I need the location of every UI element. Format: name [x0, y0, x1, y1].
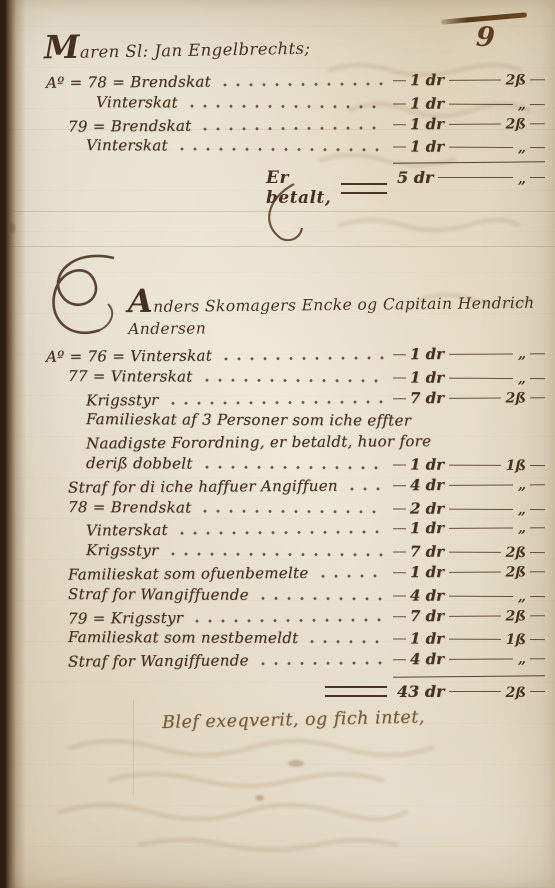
dotted-leader	[180, 530, 385, 536]
binding-edge	[0, 0, 26, 888]
amount-dash	[393, 377, 406, 378]
amount-dash	[393, 123, 406, 124]
amount-dash	[393, 103, 406, 104]
amount-dash	[530, 122, 545, 123]
amount-dash	[530, 595, 545, 596]
amount-dash	[530, 79, 545, 80]
amount-dash	[393, 551, 406, 552]
amount-dash	[393, 615, 406, 616]
amount-dash	[393, 528, 406, 529]
amount-dash	[530, 484, 545, 485]
amount-dash	[530, 465, 545, 466]
amount-skilling: „	[518, 521, 526, 537]
account-section-2: Anders Skomagers Encke og Capitain Hendr…	[40, 248, 545, 729]
amount-skilling: 1ß	[506, 458, 526, 474]
ledger-row: 77 = Vinterskat1 dr„	[40, 367, 545, 391]
amount-daler: 2 dr	[410, 499, 444, 517]
amount-dash	[449, 377, 513, 378]
entry-label: Familieskat som ofuenbemelte	[68, 564, 309, 584]
amount-daler: 4 dr	[410, 476, 444, 494]
amount-skilling: 2ß	[506, 116, 527, 132]
amount-dash	[393, 595, 406, 596]
section2-total-row: 43 dr 2ß	[40, 682, 545, 701]
amount-dash	[449, 103, 513, 104]
amount-dash	[393, 484, 406, 485]
ledger-row: Aº = 76 = Vinterskat1 dr„	[40, 344, 545, 369]
amount-dash	[449, 639, 501, 640]
dotted-leader	[190, 104, 385, 110]
amount: 1 dr2ß	[393, 114, 545, 133]
amount-daler: 7 dr	[410, 607, 444, 625]
amount-daler: 1 dr	[410, 519, 444, 537]
amount-dash	[530, 527, 545, 528]
amount-daler: 1 dr	[410, 563, 444, 581]
dotted-leader	[261, 596, 385, 602]
ledger-row: deriß dobbelt1 dr1ß	[40, 454, 545, 478]
amount: 4 dr„	[393, 649, 545, 668]
dotted-leader	[223, 82, 385, 88]
ledger-row: Vinterskat1 dr„	[40, 93, 545, 117]
ledger-row: Vinterskat1 dr„	[40, 136, 545, 160]
amount: 2 dr„	[393, 499, 545, 518]
amount: 4 dr„	[393, 475, 545, 494]
amount-dash	[530, 508, 545, 509]
amount-daler: 1 dr	[410, 138, 444, 156]
amount-daler: 1 dr	[410, 94, 444, 112]
ledger-row: Familieskat af 3 Personer som iche effte…	[40, 410, 545, 434]
amount-skilling: 1ß	[506, 632, 526, 648]
amount-dash	[393, 80, 406, 81]
amount: 1 dr2ß	[393, 70, 545, 89]
dotted-leader	[321, 574, 385, 579]
amount: 7 dr2ß	[393, 388, 545, 407]
amount-dash	[530, 614, 545, 615]
amount-dash	[530, 147, 545, 148]
amount: 1 dr1ß	[393, 455, 545, 474]
stain	[288, 760, 304, 767]
entry-label: 79 = Brendskat	[68, 116, 192, 135]
amount-dash	[530, 658, 545, 659]
entry-label: 77 = Vinterskat	[68, 367, 193, 386]
amount-daler: 1 dr	[410, 630, 444, 648]
section1-total-amount: 5 dr „	[393, 168, 545, 187]
dotted-leader	[171, 399, 385, 405]
amount-dash	[530, 377, 545, 378]
amount: 1 dr„	[393, 344, 545, 363]
amount-daler: 1 dr	[410, 345, 444, 363]
section1-entries: Aº = 78 = Brendskat1 dr2ßVinterskat1 dr„…	[40, 72, 545, 159]
amount-skilling: „	[518, 97, 526, 113]
amount-dash	[530, 691, 545, 692]
amount-skilling: 2ß	[506, 72, 527, 88]
amount-dash	[449, 658, 513, 659]
amount-dash	[449, 595, 513, 596]
amount-dash	[393, 354, 406, 355]
dotted-leader	[224, 356, 385, 362]
ledger-row: Familieskat som ofuenbemelte1 dr2ß	[40, 562, 545, 587]
dotted-leader	[205, 378, 385, 384]
amount: 1 dr„	[393, 519, 545, 538]
amount: 4 dr„	[393, 586, 545, 605]
amount-dash	[530, 103, 545, 104]
amount-dash	[393, 508, 406, 509]
entry-label: Straf for Wangiffuende	[68, 585, 249, 604]
amount-skilling: „	[518, 652, 526, 668]
amount-skilling: 2ß	[506, 608, 527, 624]
amount-daler: 4 dr	[410, 650, 444, 668]
entry-label: Aº = 76 = Vinterskat	[46, 347, 212, 366]
manuscript-page: 9 Maren Sl: Jan Engelbrechts; Aº = 78 = …	[0, 0, 555, 888]
pen-flourish	[258, 182, 308, 244]
section2-header: Anders Skomagers Encke og Capitain Hendr…	[128, 278, 546, 338]
amount-dash	[449, 397, 501, 398]
amount-daler: 1 dr	[410, 368, 444, 386]
amount-dash	[393, 464, 406, 465]
amount-daler: 4 dr	[410, 586, 444, 604]
amount-dash	[449, 691, 500, 692]
amount-dash	[393, 572, 406, 573]
amount-dash	[449, 571, 501, 572]
entry-label: Naadigste Forordning, er betaldt, huor f…	[86, 432, 431, 452]
amount: 1 dr„	[393, 368, 545, 387]
ledger-row: Straf for di iche haffuer Angiffuen4 dr„	[40, 475, 545, 500]
entry-label: Familieskat af 3 Personer som iche effte…	[86, 410, 411, 429]
stain	[255, 795, 264, 801]
amount: 1 dr1ß	[393, 630, 545, 649]
total-daler: 5 dr	[397, 168, 433, 187]
amount-dash	[449, 464, 501, 465]
dotted-leader	[203, 125, 385, 131]
ledger-row: Straf for Wangiffuende4 dr„	[40, 585, 545, 609]
amount-dash	[530, 177, 545, 178]
amount-dash	[530, 552, 545, 553]
dotted-leader	[195, 617, 385, 623]
dotted-leader	[203, 509, 385, 515]
amount-skilling: 2ß	[506, 564, 527, 580]
total-daler: 43 dr	[397, 682, 444, 701]
dotted-leader	[350, 487, 385, 492]
amount: 1 dr2ß	[393, 562, 545, 581]
sum-rule	[393, 675, 545, 678]
amount-dash	[530, 639, 545, 640]
double-rule	[325, 686, 387, 697]
ledger-row: Familieskat som nestbemeldt1 dr1ß	[40, 628, 545, 652]
amount-daler: 1 dr	[410, 115, 444, 133]
amount-skilling: „	[518, 140, 526, 156]
entry-label: Vinterskat	[86, 136, 168, 154]
amount-daler: 1 dr	[410, 71, 444, 89]
entry-label: Aº = 78 = Brendskat	[46, 73, 211, 92]
ledger-row: Straf for Wangiffuende4 dr„	[40, 649, 545, 674]
amount-daler: 7 dr	[410, 543, 444, 561]
dotted-leader	[205, 465, 385, 471]
entry-label: Straf for Wangiffuende	[68, 651, 249, 670]
entry-label: 79 = Krigsstyr	[68, 608, 183, 627]
execution-note: Blef exeqverit, og fich intet,	[162, 705, 545, 733]
amount-dash	[449, 615, 501, 616]
ledger-row: Naadigste Forordning, er betaldt, huor f…	[40, 431, 545, 456]
amount-daler: 1 dr	[410, 455, 444, 473]
amount-skilling: 2ß	[506, 390, 527, 406]
amount-dash	[449, 147, 513, 148]
amount-dash	[393, 659, 406, 660]
amount-dash	[449, 123, 501, 124]
amount-dash	[530, 396, 545, 397]
amount-skilling: „	[518, 502, 526, 518]
amount-skilling: „	[518, 346, 526, 362]
amount: 7 dr2ß	[393, 543, 545, 562]
amount-dash	[449, 508, 513, 509]
amount: 1 dr„	[393, 94, 545, 113]
entry-label: Krigsstyr	[86, 391, 159, 410]
entry-label: Vinterskat	[86, 521, 168, 540]
amount-dash	[393, 397, 406, 398]
amount-skilling: 2ß	[506, 545, 526, 561]
amount-skilling: „	[518, 477, 526, 493]
amount-dash	[449, 353, 513, 354]
amount-skilling: „	[518, 371, 526, 387]
sum-rule	[393, 161, 545, 164]
dotted-leader	[310, 640, 385, 645]
dotted-leader	[261, 661, 385, 667]
section2-total-amount: 43 dr 2ß	[393, 682, 545, 701]
amount-dash	[449, 79, 501, 80]
amount-dash	[449, 527, 513, 528]
amount-dash	[530, 353, 545, 354]
amount-dash	[393, 638, 406, 639]
entry-label: deriß dobbelt	[86, 454, 193, 472]
amount-dash	[393, 146, 406, 147]
amount-dash	[530, 571, 545, 572]
section1-header: Maren Sl: Jan Engelbrechts;	[44, 20, 546, 67]
ledger-row: Krigsstyr7 dr2ß	[40, 541, 545, 565]
amount-dash	[449, 551, 501, 552]
dotted-leader	[171, 552, 385, 558]
amount-dash	[438, 177, 513, 178]
dotted-leader	[180, 147, 385, 153]
section1-total-row: Er betalt, 5 dr „	[40, 168, 545, 208]
ledger-row: Aº = 78 = Brendskat1 dr2ß	[40, 70, 545, 95]
entry-label: Familieskat som nestbemeldt	[68, 628, 299, 647]
ruled-line	[0, 246, 555, 247]
entry-label: Krigsstyr	[86, 541, 159, 559]
total-skilling: 2ß	[506, 685, 526, 701]
double-rule	[341, 183, 387, 194]
amount-dash	[449, 484, 513, 485]
amount-daler: 7 dr	[410, 389, 444, 407]
section2-entries: Aº = 76 = Vinterskat1 dr„77 = Vinterskat…	[40, 346, 545, 673]
total-skilling: „	[518, 171, 526, 187]
amount: 7 dr2ß	[393, 606, 545, 625]
entry-label: 78 = Brendskat	[68, 498, 192, 517]
ledger-row: Vinterskat1 dr„	[40, 519, 545, 544]
amount: 1 dr„	[393, 138, 545, 157]
account-section-1: Maren Sl: Jan Engelbrechts; Aº = 78 = Br…	[40, 24, 545, 208]
entry-label: Straf for di iche haffuer Angiffuen	[68, 476, 338, 496]
entry-label: Vinterskat	[96, 93, 178, 111]
amount-skilling: „	[518, 589, 526, 605]
